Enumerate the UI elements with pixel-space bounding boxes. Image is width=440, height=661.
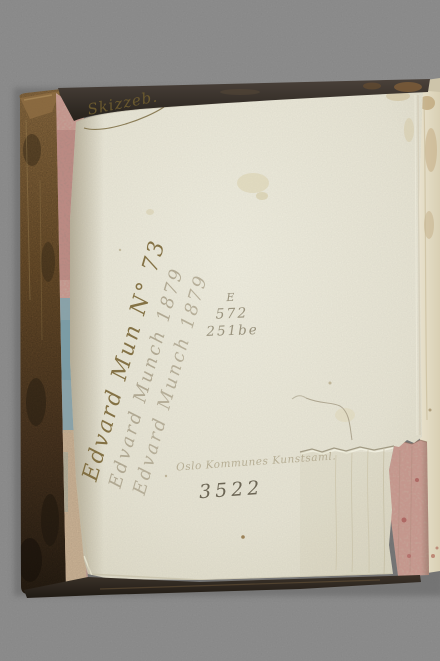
main-page [70,88,425,583]
book-photo-art [0,0,440,661]
photograph-of-sketchbook-inside-cover: Skizzeb. Edvard Mun N° 73 Edvard Munch 1… [0,0,440,661]
